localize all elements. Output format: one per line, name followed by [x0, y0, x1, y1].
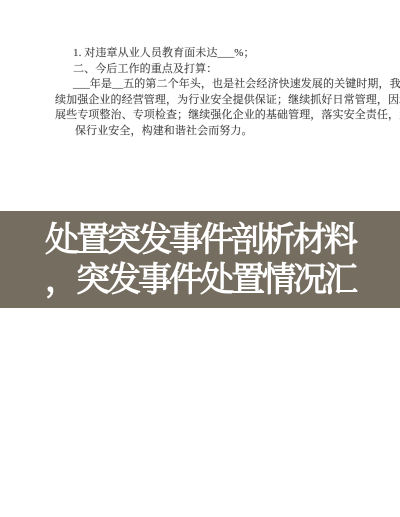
doc-line-4: 续加强企业的经营管理，为行业安全提供保证；继续抓好日常管理，因地制宜开 [55, 93, 355, 109]
doc-line-6: 保行业安全，构建和谐社会而努力。 [55, 124, 355, 140]
page: 1. 对违章从业人员教育面未达___%； 二、今后工作的重点及打算： ___年是… [0, 0, 400, 517]
doc-line-2: 二、今后工作的重点及打算： [55, 62, 355, 78]
doc-line-5: 展些专项整治、专项检查；继续强化企业的基础管理，落实安全责任，为确 [55, 108, 355, 124]
doc-line-1: 1. 对违章从业人员教育面未达___%； [55, 46, 355, 62]
title-banner: 处置突发事件剖析材料 ，突发事件处置情况汇 [0, 211, 400, 308]
title-line-1: 处置突发事件剖析材料 [0, 220, 400, 260]
document-text-block: 1. 对违章从业人员教育面未达___%； 二、今后工作的重点及打算： ___年是… [55, 46, 355, 140]
doc-line-3: ___年是__五的第二个年头，也是社会经济快速发展的关键时期，我们将继 [55, 77, 355, 93]
title-line-2: ，突发事件处置情况汇 [0, 260, 400, 300]
